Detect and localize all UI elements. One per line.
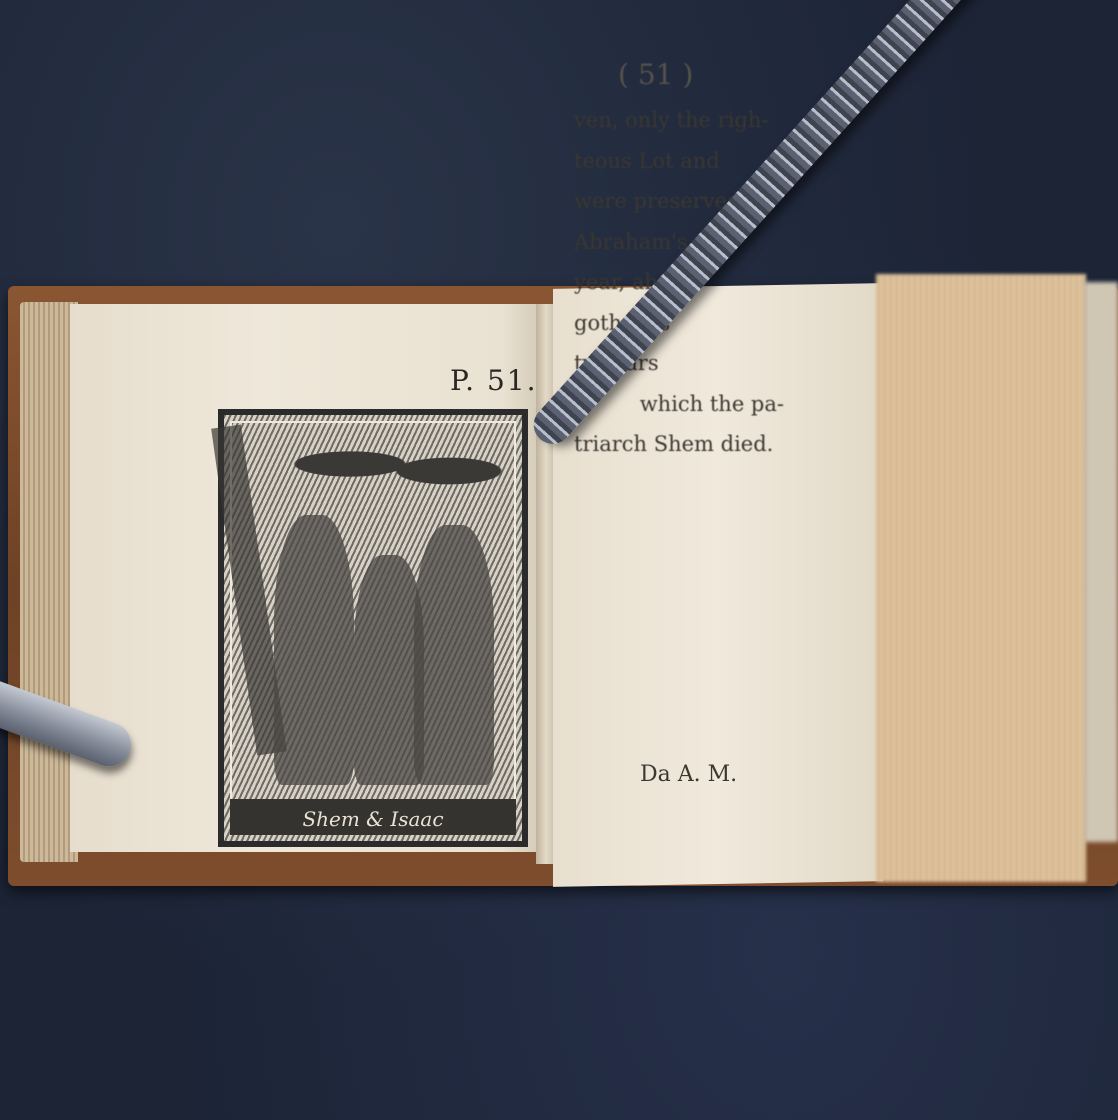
woodcut-caption: Shem & Isaac [224,807,522,831]
miniature-book: P. 51. Shem & Isaac [8,282,1118,890]
woodcut-illustration: Shem & Isaac [218,409,528,847]
text-line: triarch Shem died. [574,424,784,465]
fore-edge-pages [876,274,1086,882]
tree-foliage [284,429,504,499]
text-line: ven, only the righ- [574,100,784,141]
catchword: Da A. M. [640,762,737,787]
left-page: P. 51. Shem & Isaac [70,304,550,852]
figure-left [274,515,354,785]
page-number: ( 51 ) [618,58,693,91]
plate-label: P. 51. [450,364,538,397]
far-page-edge [1084,282,1118,842]
figure-right [414,525,494,785]
